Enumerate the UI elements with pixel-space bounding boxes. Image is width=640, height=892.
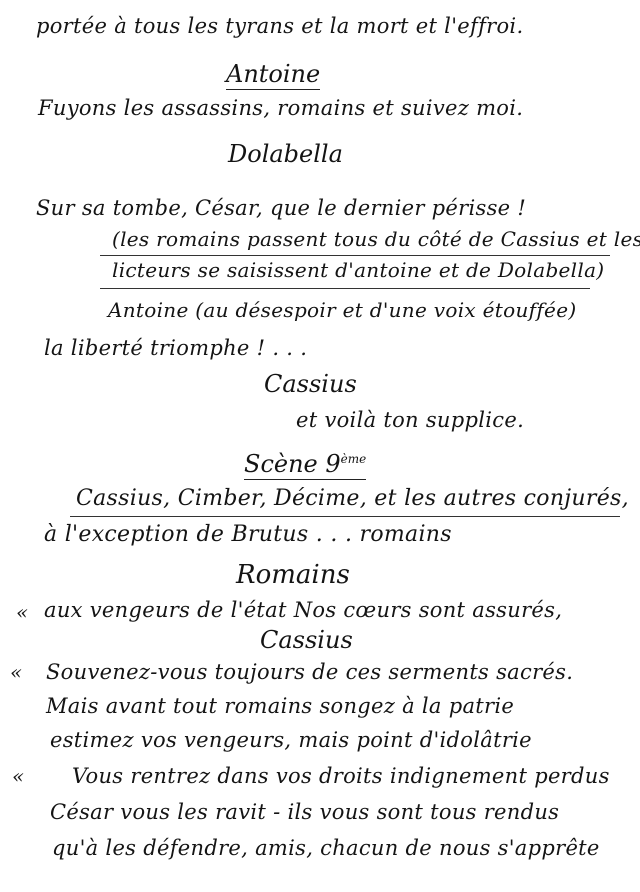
speaker-name: Cassius bbox=[260, 626, 353, 654]
stage-direction: Antoine (au désespoir et d'une voix étou… bbox=[108, 298, 576, 322]
cast-list: Cassius, Cimber, Décime, et les autres c… bbox=[76, 486, 629, 511]
speaker-antoine: Antoine bbox=[226, 60, 320, 90]
verse-line: César vous les ravit - ils vous sont tou… bbox=[50, 800, 559, 824]
verse-line: estimez vos vengeurs, mais point d'idolâ… bbox=[50, 728, 532, 752]
manuscript-page: portée à tous les tyrans et la mort et l… bbox=[0, 0, 640, 892]
speaker-dolabella: Dolabella bbox=[228, 140, 343, 168]
speaker-cassius: Cassius bbox=[264, 370, 357, 398]
speaker-romains: Romains bbox=[236, 560, 350, 590]
speaker-name: Antoine bbox=[226, 60, 320, 88]
speaker-name: Romains bbox=[236, 560, 350, 590]
stage-direction: (les romains passent tous du côté de Cas… bbox=[112, 227, 640, 251]
verse-line: Mais avant tout romains songez à la patr… bbox=[46, 694, 514, 718]
verse-line: et voilà ton supplice. bbox=[296, 408, 524, 432]
verse-line: portée à tous les tyrans et la mort et l… bbox=[36, 14, 523, 38]
stage-direction: licteurs se saisissent d'antoine et de D… bbox=[112, 258, 604, 282]
verse-line: Souvenez-vous toujours de ces serments s… bbox=[46, 660, 573, 684]
verse-line: aux vengeurs de l'état Nos cœurs sont as… bbox=[44, 598, 562, 622]
speaker-name: Dolabella bbox=[228, 140, 343, 168]
scene-heading-text: Scène 9ème bbox=[244, 450, 366, 480]
rule-line bbox=[100, 288, 590, 289]
speaker-cassius: Cassius bbox=[260, 626, 353, 654]
rule-line bbox=[70, 516, 620, 517]
speaker-name: Cassius bbox=[264, 370, 357, 398]
quote-mark: « bbox=[16, 600, 28, 624]
quote-mark: « bbox=[10, 660, 22, 684]
quote-mark: « bbox=[12, 764, 24, 788]
rule-line bbox=[100, 255, 610, 256]
cast-list: à l'exception de Brutus . . . romains bbox=[44, 522, 452, 547]
verse-line: qu'à les défendre, amis, chacun de nous … bbox=[52, 836, 600, 860]
verse-line: Fuyons les assassins, romains et suivez … bbox=[38, 96, 523, 120]
verse-line: la liberté triomphe ! . . . bbox=[44, 336, 307, 360]
verse-line: Vous rentrez dans vos droits indignement… bbox=[72, 764, 610, 788]
verse-line: Sur sa tombe, César, que le dernier péri… bbox=[36, 196, 526, 220]
scene-heading: Scène 9ème bbox=[244, 450, 366, 478]
ordinal-suffix: ème bbox=[341, 452, 367, 466]
